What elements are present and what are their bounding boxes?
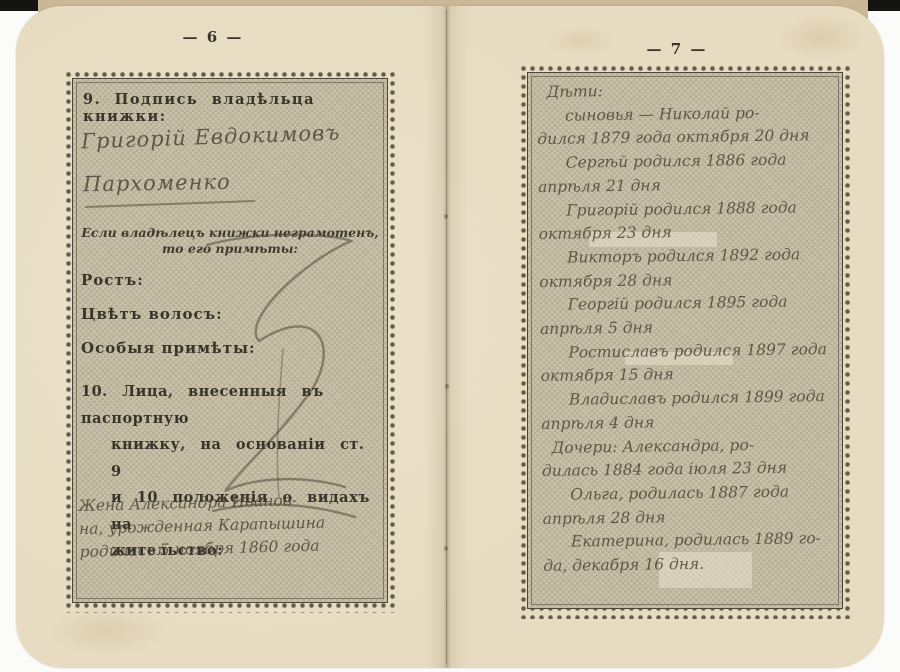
- signature-underline: [85, 200, 255, 207]
- children-records: Дѣти: сыновья — Николай ро- дился 1879 г…: [537, 77, 840, 579]
- record-line: Владиславъ родился 1899 года: [541, 385, 837, 413]
- paper-stain: [46, 606, 166, 656]
- page-number-right: — 7 —: [617, 40, 737, 58]
- record-line: дился 1879 года октября 20 дня: [537, 124, 833, 152]
- record-line: Екатерина, родилась 1889 го-: [543, 527, 839, 555]
- illiterate-note: Если владѣлецъ книжки неграмотенъ, то ег…: [73, 225, 387, 257]
- owner-signature-line: Григорій Евдокимовъ: [81, 120, 341, 153]
- guilloche-panel-left: 9. Подпись владѣльца книжки: Григорій Ев…: [72, 78, 388, 603]
- owner-signature-line: Пархоменко: [83, 170, 231, 197]
- special-marks-label: Особыя примѣты:: [81, 339, 256, 357]
- ornate-frame-left: 9. Подпись владѣльца книжки: Григорій Ев…: [62, 68, 398, 613]
- record-line: да, декабря 16 дня.: [543, 551, 839, 579]
- record-line: Викторъ родился 1892 года: [539, 243, 835, 271]
- fold-speck: [444, 214, 448, 219]
- ornate-frame-right: Дѣти: сыновья — Николай ро- дился 1879 г…: [517, 62, 853, 619]
- record-line: Ростиславъ родился 1897 года: [540, 338, 836, 366]
- illiterate-note-line: Если владѣлецъ книжки неграмотенъ,: [73, 225, 387, 241]
- fold-speck: [444, 546, 448, 551]
- illiterate-note-line: то его примѣты:: [73, 241, 387, 257]
- hair-color-label: Цвѣтъ волосъ:: [81, 305, 223, 323]
- book-fold-crease: [425, 6, 469, 668]
- fold-speck: [445, 384, 449, 389]
- height-label: Ростъ:: [81, 271, 144, 289]
- section10-line: книжку, на основаніи ст. 9: [81, 432, 381, 485]
- passport-book-spread: — 6 — — 7 — 9. Подпись владѣльца книжки:…: [16, 6, 884, 668]
- guilloche-panel-right: Дѣти: сыновья — Николай ро- дился 1879 г…: [527, 72, 843, 609]
- page-number-left: — 6 —: [153, 28, 273, 46]
- wife-entry: Жена Александра Иванов- на, урожденная К…: [78, 487, 384, 564]
- paper-stain: [546, 26, 616, 56]
- paper-stain: [776, 14, 866, 60]
- section10-line: 10. Лица, внесенныя въ паспортную: [81, 379, 381, 432]
- record-line: Григорій родился 1888 года: [538, 195, 834, 223]
